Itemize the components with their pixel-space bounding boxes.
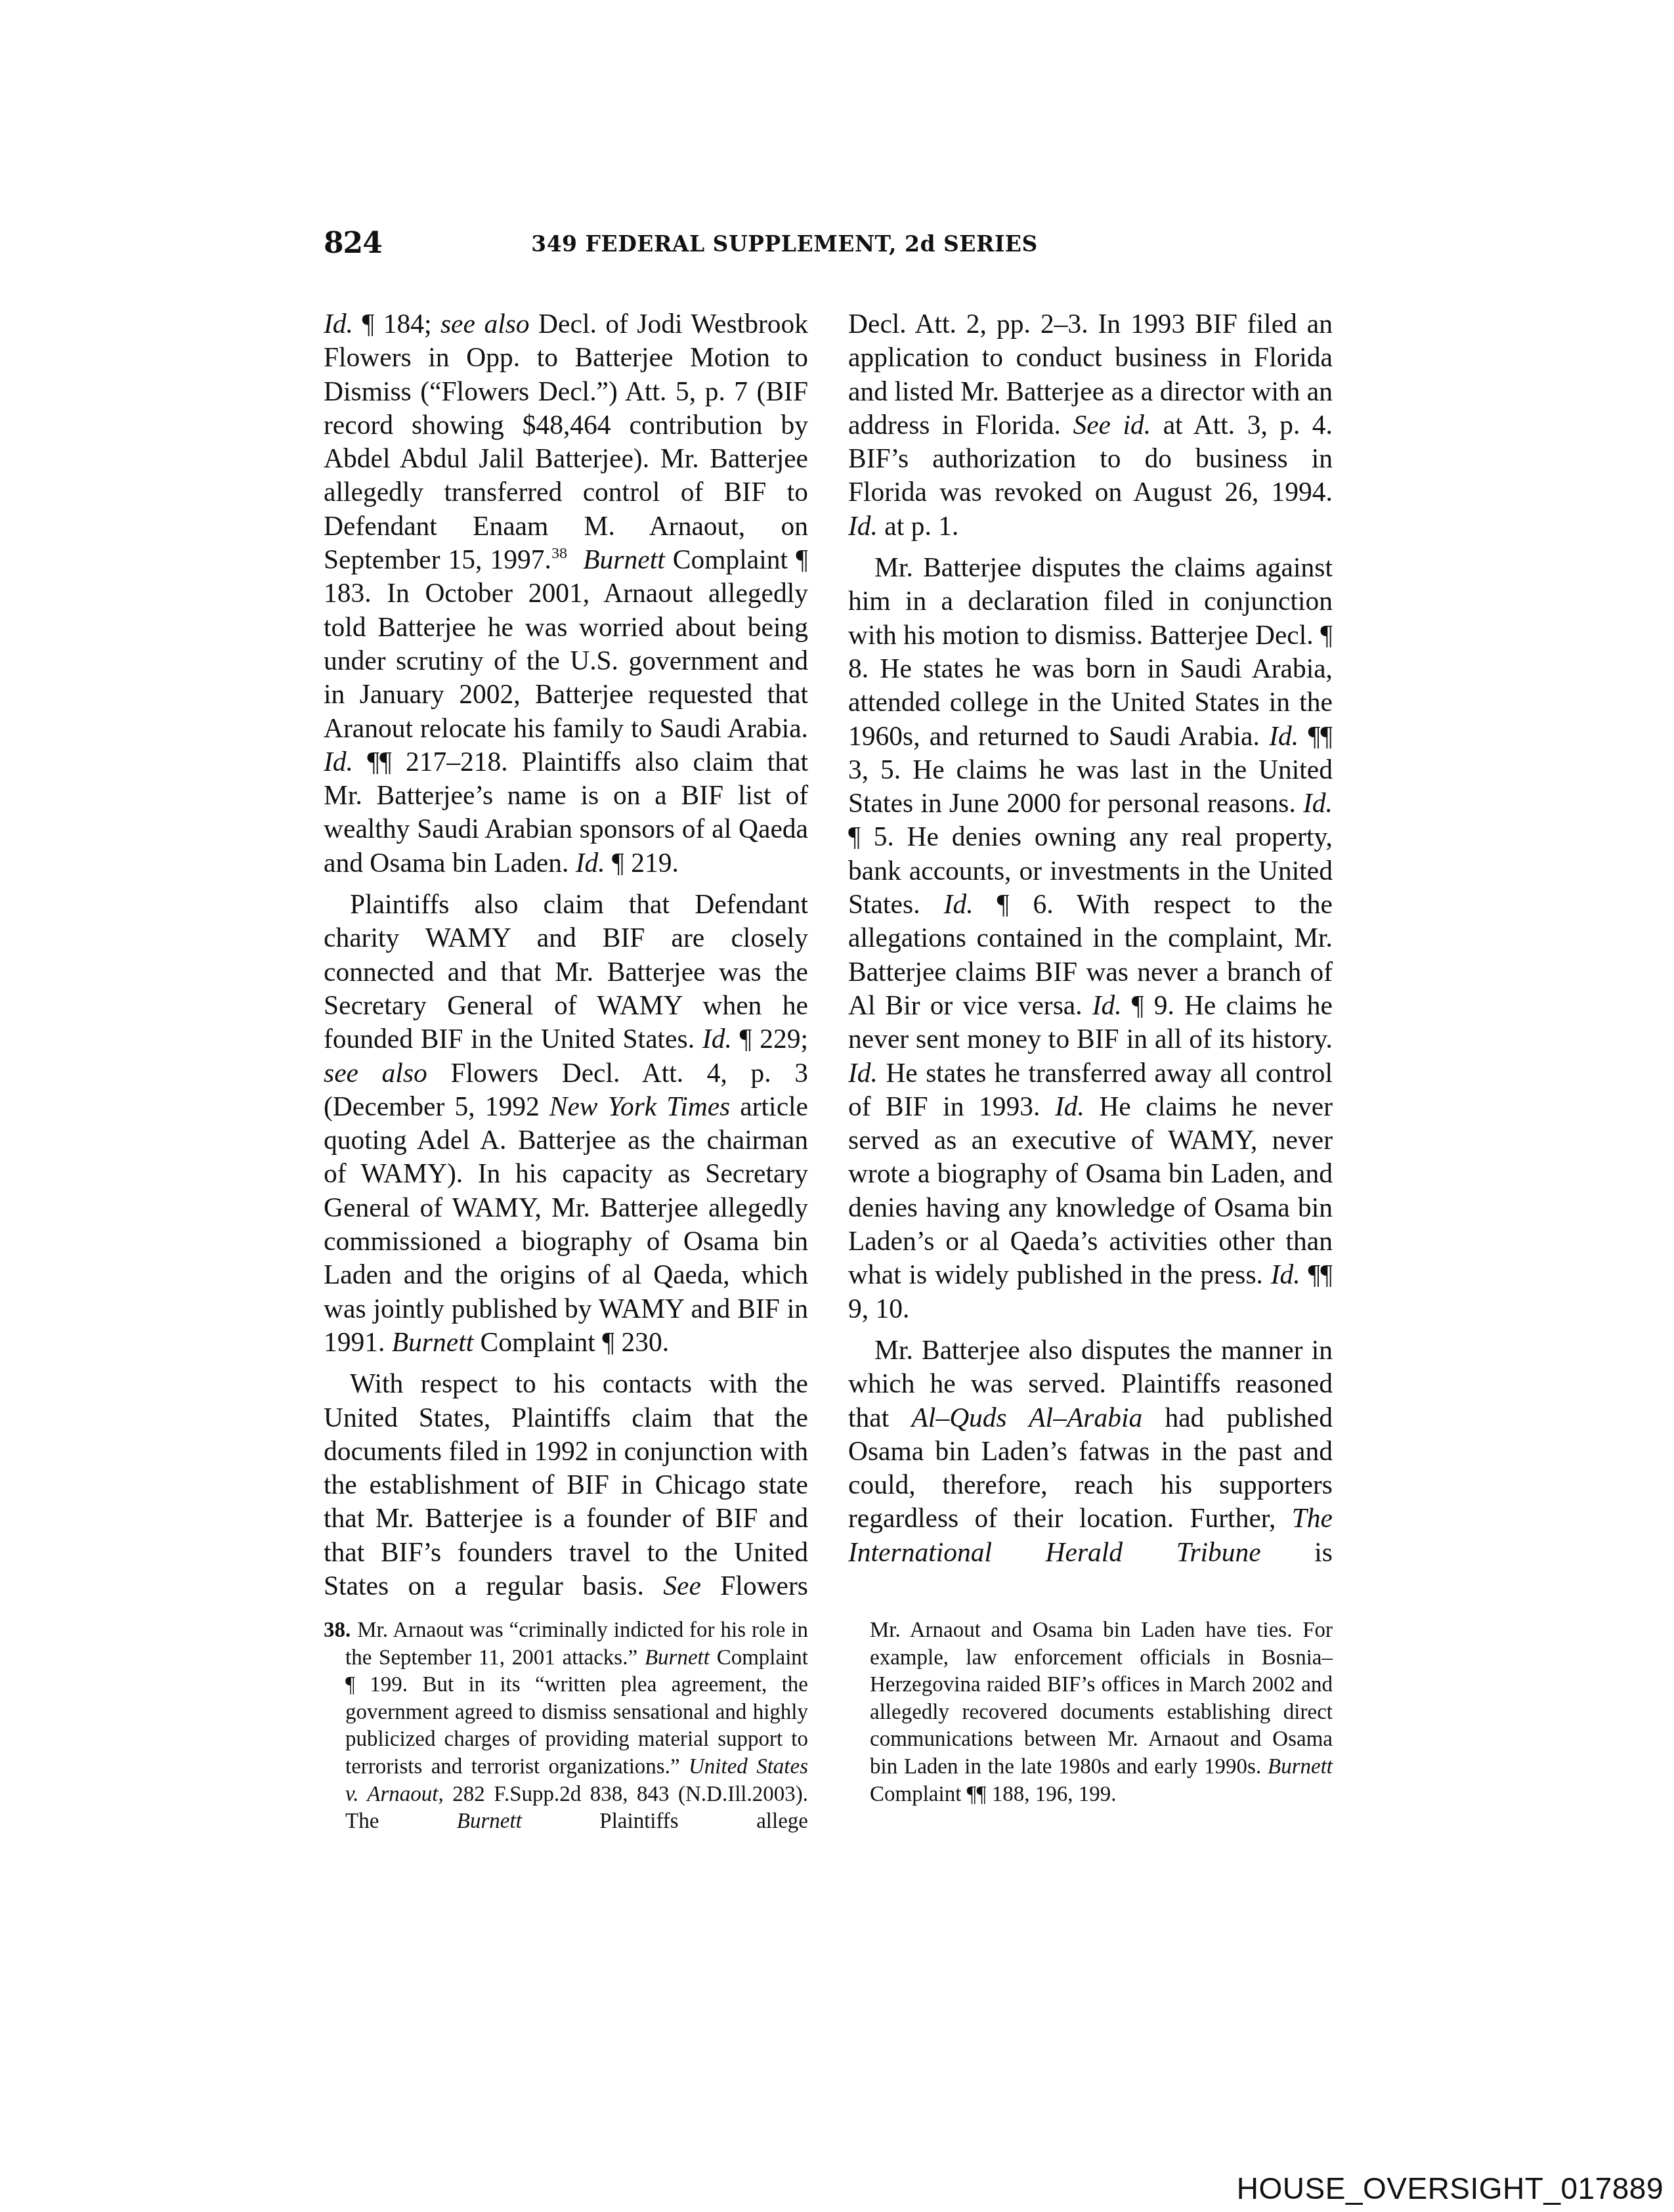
case-name: Burnett — [1268, 1755, 1333, 1779]
citation-id: Id. — [1092, 990, 1122, 1020]
footnote-number: 38. — [324, 1618, 351, 1642]
case-name: Burnett — [392, 1327, 473, 1357]
signal-see-also: see also — [324, 1058, 427, 1088]
paragraph: Mr. Batterjee disputes the claims agains… — [848, 551, 1333, 1326]
footnote-ref-38[interactable]: 38 — [551, 545, 567, 562]
bates-stamp: HOUSE_OVERSIGHT_017889 — [1237, 2171, 1663, 2206]
footnote-38: 38.Mr. Arnaout was “criminally indicted … — [324, 1617, 808, 1836]
paragraph: Decl. Att. 2, pp. 2–3. In 1993 BIF filed… — [848, 307, 1333, 543]
case-name: Burnett — [457, 1810, 522, 1833]
citation-id: Id. — [1055, 1091, 1084, 1121]
citation-id: Id. — [1303, 788, 1333, 818]
citation-id: Id. — [1269, 721, 1298, 751]
paragraph: Id. ¶ 184; see also Decl. of Jodi Westbr… — [324, 307, 808, 880]
left-column: Id. ¶ 184; see also Decl. of Jodi Westbr… — [324, 307, 808, 1611]
document-page: 824 349 FEDERAL SUPPLEMENT, 2d SERIES Id… — [0, 0, 1674, 2212]
paragraph: Plaintiffs also claim that Defendant cha… — [324, 888, 808, 1359]
signal-see-also: see also — [440, 309, 530, 339]
case-name: Burnett — [645, 1646, 710, 1670]
citation-id: Id. — [848, 511, 878, 541]
signal-see: See — [663, 1571, 701, 1601]
citation-id: Id. — [576, 848, 605, 878]
citation-id: Id. — [702, 1024, 732, 1054]
footnote-38-continued: Mr. Arnaout and Osama bin Laden have tie… — [848, 1617, 1333, 1808]
citation-id: Id. — [1271, 1259, 1300, 1290]
citation-id: Id. — [944, 889, 974, 919]
paragraph: With respect to his contacts with the Un… — [324, 1367, 808, 1603]
paragraph: Mr. Batterjee also disputes the manner i… — [848, 1334, 1333, 1569]
publication-name: Al–Quds Al–Arabia — [912, 1402, 1143, 1433]
signal-see-id: See id. — [1073, 410, 1151, 440]
case-name: Burnett — [583, 544, 664, 575]
right-column: Decl. Att. 2, pp. 2–3. In 1993 BIF filed… — [848, 307, 1333, 1577]
publication-name: New York Times — [549, 1091, 730, 1121]
citation-id: Id. — [324, 747, 353, 777]
citation-id: Id. — [324, 309, 353, 339]
page-number: 824 — [324, 227, 382, 260]
citation-id: Id. — [848, 1058, 878, 1088]
running-header-title: 349 FEDERAL SUPPLEMENT, 2d SERIES — [486, 231, 1083, 257]
